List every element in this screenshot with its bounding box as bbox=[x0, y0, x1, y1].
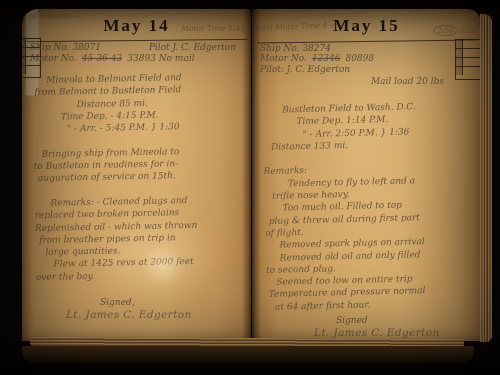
header-rule bbox=[257, 39, 477, 43]
time-note: 0-26 bbox=[460, 26, 477, 35]
page-date: May 14 bbox=[103, 16, 169, 35]
ship-pilot-row: Ship No. 38071 Pilot J. C. Edgerton bbox=[30, 43, 236, 53]
motor-number: 80898 bbox=[345, 54, 374, 64]
paper-blotch bbox=[140, 245, 186, 287]
book-cover-edge bbox=[22, 346, 474, 364]
motor-label: Motor No. bbox=[260, 54, 307, 64]
logbook-page-may14: at Mineola — May 14 Motor Time 1:45 Ship… bbox=[22, 9, 251, 341]
photo-border-top bbox=[0, 0, 500, 8]
header-time-note: 2:56 0-26 bbox=[433, 25, 477, 36]
circled-time: 2:56 bbox=[433, 25, 458, 36]
entry-body: Bustleton Field to Wash. D.C. Time Dep. … bbox=[262, 100, 481, 314]
header-note: Motor Time 1:45 bbox=[181, 24, 245, 33]
photo-border-bottom bbox=[0, 363, 500, 375]
signature: Lt. James C. Edgerton bbox=[66, 309, 251, 321]
ship-number: Ship No. 38071 bbox=[30, 43, 101, 53]
signature-block: Signed Lt. James C. Edgerton bbox=[252, 315, 481, 340]
signed-label: Signed, bbox=[100, 297, 251, 309]
motor-number: 33893 No mail bbox=[127, 54, 194, 64]
mail-load-row: Mail load 20 lbs bbox=[260, 77, 466, 87]
logbook-photo: at Mineola — May 14 Motor Time 1:45 Ship… bbox=[0, 0, 500, 375]
page-date: May 15 bbox=[333, 16, 399, 35]
motor-label: Motor No. bbox=[30, 54, 77, 64]
book-gutter bbox=[242, 9, 261, 342]
signature-block: Signed, Lt. James C. Edgerton bbox=[22, 297, 251, 322]
motor-row: Motor No. 45-36-43 33893 No mail bbox=[30, 54, 236, 64]
motor-number-crossed: 12346 bbox=[312, 54, 341, 64]
motor-number-crossed: 45-36-43 bbox=[82, 54, 122, 64]
page-edge-stack bbox=[480, 14, 492, 342]
ship-number: Ship No. 38274 bbox=[260, 44, 331, 54]
logbook-page-may15: Total Motor Time 4 — May 15 2:56 0-26 Sh… bbox=[252, 9, 481, 341]
header-rule bbox=[27, 39, 247, 42]
ship-row: Ship No. 38274 bbox=[260, 44, 466, 54]
motor-row: Motor No. 12346 80898 bbox=[260, 54, 466, 64]
entry-body: Mineola to Belmont Field and from Belmon… bbox=[32, 71, 251, 284]
mail-load: Mail load 20 lbs bbox=[371, 77, 444, 87]
pilot-row: Pilot: J. C. Edgerton bbox=[260, 65, 466, 75]
signed-label: Signed bbox=[336, 315, 481, 327]
pilot-name: Pilot J. C. Edgerton bbox=[149, 43, 236, 53]
pilot-name: Pilot: J. C. Edgerton bbox=[260, 65, 350, 75]
